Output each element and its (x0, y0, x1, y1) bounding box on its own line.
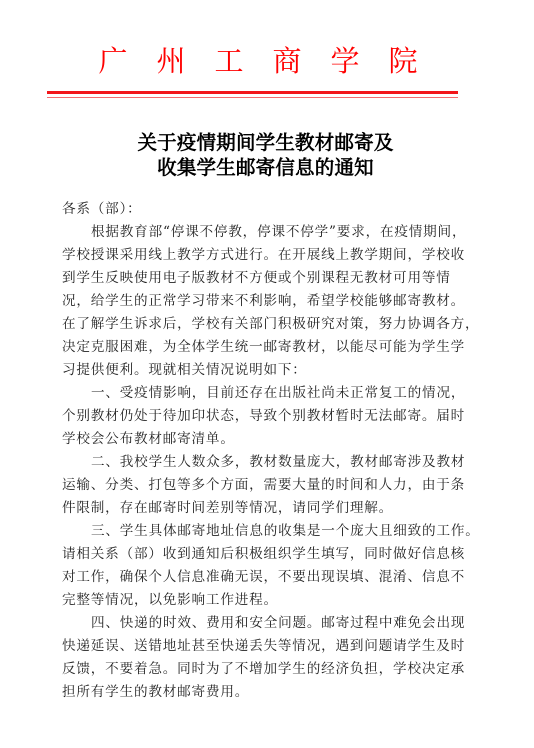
org-name-char: 广 (98, 42, 128, 80)
item-4-line: 快递延误、送错地址甚至快递丢失等情况，遇到问题请学生及时 (62, 635, 474, 658)
item-3-line: 请相关系（部）收到通知后积极组织学生填写，同时做好信息核 (62, 543, 474, 566)
item-2-line: 件限制，存在邮寄时间差别等情况，请同学们理解。 (62, 497, 474, 520)
letterhead: 广 州 工 商 学 院 (0, 42, 534, 82)
item-2-line: 二、我校学生人数众多，教材数量庞大，教材邮寄涉及教材 (62, 451, 474, 474)
org-name: 广 州 工 商 学 院 (98, 42, 418, 80)
document-title-line-1: 关于疫情期间学生教材邮寄及 (0, 130, 534, 155)
item-4-line: 担所有学生的教材邮寄费用。 (62, 681, 474, 704)
item-3-line: 对工作，确保个人信息准确无误，不要出现误填、混淆、信息不 (62, 566, 474, 589)
item-4-line: 四、快递的时效、费用和安全问题。邮寄过程中难免会出现 (62, 612, 474, 635)
document-title: 关于疫情期间学生教材邮寄及 收集学生邮寄信息的通知 (0, 130, 534, 180)
item-4-line: 反馈，不要着急。同时为了不增加学生的经济负担，学校决定承 (62, 658, 474, 681)
paragraph-intro-line: 在了解学生诉求后，学校有关部门积极研究对策，努力协调各方， (62, 313, 474, 336)
paragraph-intro-line: 况，给学生的正常学习带来不利影响，希望学校能够邮寄教材。 (62, 290, 474, 313)
org-name-char: 工 (214, 42, 244, 80)
paragraph-intro-line: 学校授课采用线上教学方式进行。在开展线上教学期间，学校收 (62, 244, 474, 267)
paragraph-intro-line: 习提供便利。现就相关情况说明如下： (62, 359, 474, 382)
paragraph-intro-line: 决定克服困难，为全体学生统一邮寄教材，以能尽可能为学生学 (62, 336, 474, 359)
item-3-line: 完整等情况，以免影响工作进程。 (62, 589, 474, 612)
item-1-line: 学校会公布教材邮寄清单。 (62, 428, 474, 451)
org-name-char: 商 (272, 42, 302, 80)
item-2-line: 运输、分类、打包等多个方面，需要大量的时间和人力，由于条 (62, 474, 474, 497)
item-1-line: 个别教材仍处于待加印状态，导致个别教材暂时无法邮寄。届时 (62, 405, 474, 428)
item-1-line: 一、受疫情影响，目前还存在出版社尚未正常复工的情况， (62, 382, 474, 405)
org-name-char: 院 (388, 42, 418, 80)
org-name-char: 州 (156, 42, 186, 80)
paragraph-intro-line: 根据教育部“停课不停教，停课不停学”要求，在疫情期间， (62, 221, 474, 244)
salutation: 各系（部）： (62, 198, 474, 221)
letterhead-rule-thick (47, 91, 458, 94)
letterhead-rule-thin (47, 97, 458, 98)
item-3-line: 三、学生具体邮寄地址信息的收集是一个庞大且细致的工作。 (62, 520, 474, 543)
org-name-char: 学 (330, 42, 360, 80)
document-page: 广 州 工 商 学 院 关于疫情期间学生教材邮寄及 收集学生邮寄信息的通知 各系… (0, 0, 534, 748)
document-title-line-2: 收集学生邮寄信息的通知 (0, 155, 534, 180)
document-body: 各系（部）： 根据教育部“停课不停教，停课不停学”要求，在疫情期间， 学校授课采… (62, 198, 474, 704)
paragraph-intro-line: 到学生反映使用电子版教材不方便或个别课程无教材可用等情 (62, 267, 474, 290)
